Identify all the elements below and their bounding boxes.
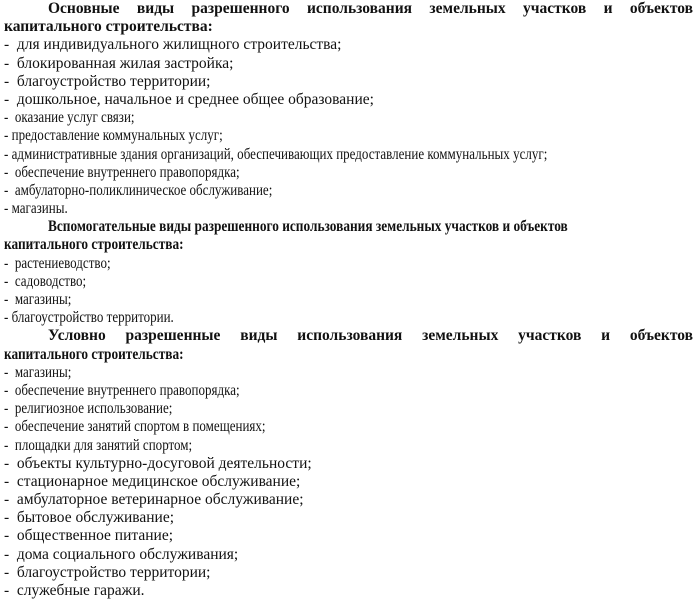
list-item-text: дошкольное, начальное и среднее общее об… [17,91,374,108]
list-item: - магазины; [4,364,693,382]
bullet: - [4,273,8,290]
list-item: - садоводство; [4,273,693,291]
list-item: - обеспечение внутреннего правопорядка; [4,382,693,400]
bullet: - [4,582,9,599]
bullet: - [4,146,8,163]
list-item: - благоустройство территории; [4,73,693,91]
document-page: Основные виды разрешенного использования… [0,0,693,600]
bullet: - [4,309,8,326]
section-conditional-uses: Условно разрешенные виды использования з… [4,327,693,600]
bullet: - [4,546,9,563]
list-item-text: благоустройство территории; [17,564,211,581]
section-main-uses: Основные виды разрешенного использования… [4,0,693,218]
list-item-text: религиозное использование; [15,400,173,417]
list-item-text: административные здания организаций, обе… [12,146,548,163]
list-item-text: блокированная жилая застройка; [17,55,234,72]
list-item: - благоустройство территории; [4,564,693,582]
list-item: - для индивидуального жилищного строител… [4,36,693,54]
bullet: - [4,91,9,108]
list-item: - служебные гаражи. [4,582,693,600]
list-item-text: амбулаторное ветеринарное обслуживание; [17,491,304,508]
list-item-text: объекты культурно-досуговой деятельности… [17,455,312,472]
list-item-text: служебные гаражи. [17,582,145,599]
list-item-text: магазины. [12,200,68,217]
list-item: - обеспечение занятий спортом в помещени… [4,418,693,436]
bullet: - [4,73,9,90]
list-item-text: обеспечение внутреннего правопорядка; [15,164,240,181]
list-item: - административные здания организаций, о… [4,146,693,164]
list-item-text: стационарное медицинское обслуживание; [17,473,300,490]
list-item-text: дома социального обслуживания; [17,546,238,563]
bullet: - [4,400,8,417]
bullet: - [4,109,8,126]
bullet: - [4,491,9,508]
bullet: - [4,127,8,144]
list-item-text: оказание услуг связи; [15,109,135,126]
list-item: - растениеводство; [4,255,693,273]
list-item-text: садоводство; [15,273,86,290]
list-item-text: благоустройство территории. [12,309,174,326]
list-item: - объекты культурно-досуговой деятельнос… [4,455,693,473]
list-item: - стационарное медицинское обслуживание; [4,473,693,491]
section-heading-continuation: капитального строительства: [4,236,693,254]
bullet: - [4,527,9,544]
bullet: - [4,455,9,472]
bullet: - [4,509,9,526]
list-item: - амбулаторное ветеринарное обслуживание… [4,491,693,509]
bullet: - [4,36,9,53]
bullet: - [4,255,8,272]
section-auxiliary-uses: Вспомогательные виды разрешенного исполь… [4,218,693,327]
list-item: - оказание услуг связи; [4,109,693,127]
bullet: - [4,164,8,181]
list-item: - обеспечение внутреннего правопорядка; [4,164,693,182]
list-item: - предоставление коммунальных услуг; [4,127,693,145]
list-item: - магазины. [4,200,693,218]
bullet: - [4,382,8,399]
bullet: - [4,364,8,381]
list-item: - площадки для занятий спортом; [4,437,693,455]
list-item-text: магазины; [15,364,72,381]
list-item: - общественное питание; [4,527,693,545]
list-item-text: для индивидуального жилищного строительс… [17,36,342,53]
section-heading-continuation: капитального строительства: [4,346,693,364]
section-heading-text: Вспомогательные виды разрешенного исполь… [48,218,568,235]
bullet: - [4,182,8,199]
section-heading-continuation: капитального строительства: [4,18,693,36]
list-item: - блокированная жилая застройка; [4,55,693,73]
list-item-text: предоставление коммунальных услуг; [12,127,223,144]
list-item: - магазины; [4,291,693,309]
list-item-text: площадки для занятий спортом; [15,437,192,454]
list-item-text: бытовое обслуживание; [17,509,174,526]
section-heading-continuation-text: капитального строительства: [4,236,184,253]
list-item: - бытовое обслуживание; [4,509,693,527]
bullet: - [4,200,8,217]
list-item-text: благоустройство территории; [17,73,211,90]
list-item: - религиозное использование; [4,400,693,418]
bullet: - [4,473,9,490]
list-item-text: растениеводство; [15,255,111,272]
section-heading: Основные виды разрешенного использования… [4,0,693,18]
bullet: - [4,437,8,454]
list-item: - амбулаторно-поликлиническое обслуживан… [4,182,693,200]
list-item-text: обеспечение внутреннего правопорядка; [15,382,240,399]
list-item: - дома социального обслуживания; [4,546,693,564]
bullet: - [4,564,9,581]
section-heading-continuation-text: капитального строительства: [4,346,184,363]
bullet: - [4,291,8,308]
bullet: - [4,55,9,72]
list-item: - дошкольное, начальное и среднее общее … [4,91,693,109]
list-item-text: общественное питание; [17,527,173,544]
bullet: - [4,418,8,435]
section-heading: Вспомогательные виды разрешенного исполь… [4,218,693,236]
list-item: - благоустройство территории. [4,309,693,327]
list-item-text: амбулаторно-поликлиническое обслуживание… [15,182,272,199]
list-item-text: магазины; [15,291,72,308]
list-item-text: обеспечение занятий спортом в помещениях… [15,418,266,435]
section-heading: Условно разрешенные виды использования з… [4,327,693,345]
